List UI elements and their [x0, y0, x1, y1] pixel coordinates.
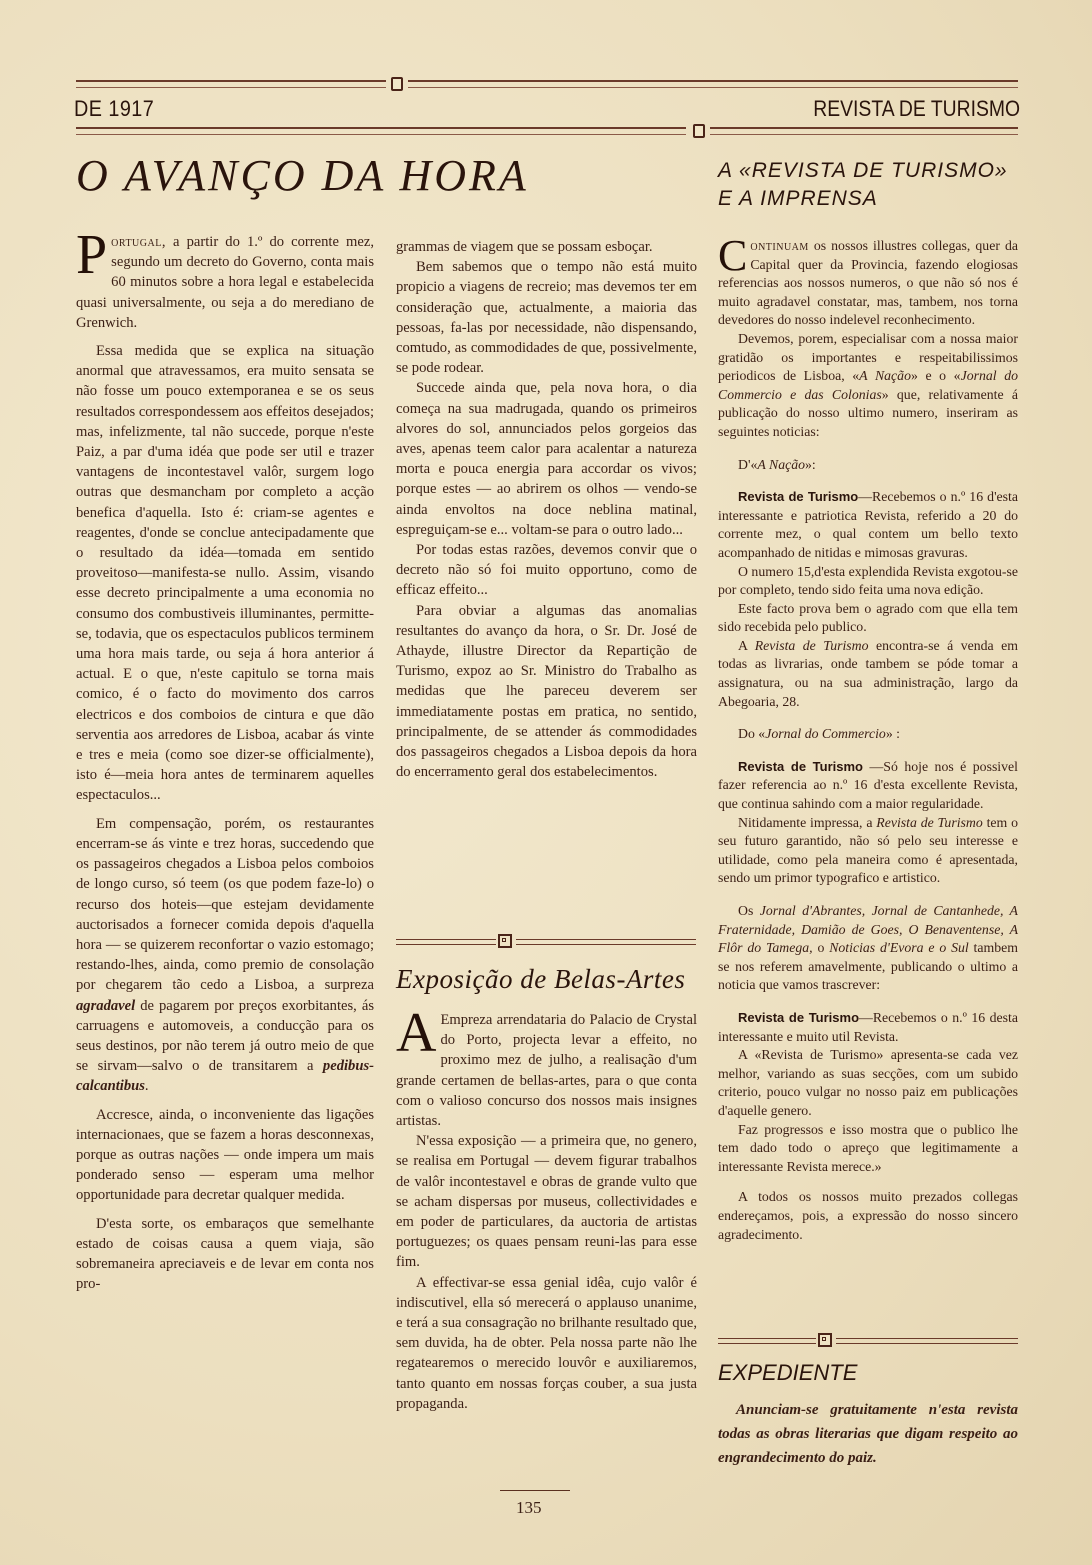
article-paragraph: A effectivar-se essa genial idêa, cujo v… — [396, 1273, 697, 1414]
drop-cap: C — [718, 239, 747, 273]
expediente-title: EXPEDIENTE — [718, 1360, 857, 1386]
section-divider-left — [396, 939, 496, 945]
quoted-paragraph: A Revista de Turismo encontra-se á venda… — [718, 637, 1018, 711]
article-paragraph: Devemos, porem, especialisar com a nossa… — [718, 330, 1018, 442]
article-paragraph: A Empreza arrendataria do Palacio de Cry… — [396, 1010, 697, 1131]
header-rule-left — [76, 127, 686, 135]
header-rule-right — [710, 127, 1018, 135]
drop-cap: A — [396, 1012, 436, 1054]
article-paragraph-continued: grammas de viagem que se possam esboçar. — [396, 237, 697, 257]
article-paragraph: Continuam os nossos illustres collegas, … — [718, 237, 1018, 330]
column-2: grammas de viagem que se possam esboçar.… — [396, 237, 697, 782]
section-divider-right — [836, 1338, 1018, 1344]
top-rule-right — [408, 80, 1018, 88]
source-heading: Do «Jornal do Commercio» : — [718, 725, 1018, 744]
top-rule-left — [76, 80, 386, 88]
magazine-page: DE 1917 REVISTA DE TURISMO O AVANÇO DA H… — [0, 0, 1092, 1565]
source-heading: D'«A Nação»: — [718, 456, 1018, 475]
section-divider-right — [516, 939, 696, 945]
divider-ornament-icon — [498, 934, 512, 948]
article-paragraph: Bem sabemos que o tempo não está muito p… — [396, 257, 697, 378]
expediente-notice: Anunciam-se gratuitamente n'esta revista… — [718, 1398, 1018, 1470]
divider-ornament-icon — [818, 1333, 832, 1347]
rule-ornament-icon — [391, 77, 403, 91]
drop-cap: P — [76, 234, 107, 276]
column-3: Continuam os nossos illustres collegas, … — [718, 237, 1018, 1244]
article-paragraph: Accresce, ainda, o inconveniente das lig… — [76, 1105, 374, 1206]
article-paragraph: A todos os nossos muito prezados collega… — [718, 1188, 1018, 1244]
quoted-paragraph: Este facto prova bem o agrado com que el… — [718, 600, 1018, 637]
page-number-rule — [500, 1490, 570, 1491]
running-header-date: DE 1917 — [74, 96, 154, 122]
article-paragraph: Em compensação, porém, os restaurantes e… — [76, 814, 374, 1097]
article-paragraph: Os Jornal d'Abrantes, Jornal de Cantanhe… — [718, 902, 1018, 995]
quoted-notice: Revista de Turismo—Recebemos o n.º 16 de… — [718, 1009, 1018, 1046]
page-number: 135 — [516, 1498, 542, 1518]
quoted-paragraph: Nitidamente impressa, a Revista de Turis… — [718, 814, 1018, 888]
column-2-exposicao: A Empreza arrendataria do Palacio de Cry… — [396, 1010, 697, 1414]
quoted-notice: Revista de Turismo —Só hoje nos é possiv… — [718, 758, 1018, 814]
article-paragraph: Por todas estas razões, devemos convir q… — [396, 540, 697, 601]
article-paragraph: Essa medida que se explica na situação a… — [76, 341, 374, 806]
column-1: Portugal, a partir do 1.º do corrente me… — [76, 232, 374, 1294]
article-paragraph: N'essa exposição — a primeira que, no ge… — [396, 1131, 697, 1272]
article-paragraph: D'esta sorte, os embaraços que semelhant… — [76, 1214, 374, 1295]
quoted-paragraph: Faz progressos e isso mostra que o publi… — [718, 1121, 1018, 1177]
article-paragraph: Para obviar a algumas das anomalias resu… — [396, 601, 697, 783]
article-title-exposicao: Exposição de Belas-Artes — [396, 964, 685, 995]
quoted-notice: Revista de Turismo—Recebemos o n.º 16 d'… — [718, 488, 1018, 562]
section-divider-left — [718, 1338, 816, 1344]
article-title-imprensa: A «REVISTA DE TURISMO» E A IMPRENSA — [718, 157, 1028, 213]
running-header-title: REVISTA DE TURISMO — [813, 96, 1020, 122]
article-paragraph: Succede ainda que, pela nova hora, o dia… — [396, 378, 697, 540]
rule-ornament-icon — [693, 124, 705, 138]
quoted-paragraph: O numero 15,d'esta explendida Revista ex… — [718, 563, 1018, 600]
article-title-avanco-da-hora: O AVANÇO DA HORA — [76, 150, 529, 201]
article-paragraph: Portugal, a partir do 1.º do corrente me… — [76, 232, 374, 333]
quoted-paragraph: A «Revista de Turismo» apresenta-se cada… — [718, 1046, 1018, 1120]
